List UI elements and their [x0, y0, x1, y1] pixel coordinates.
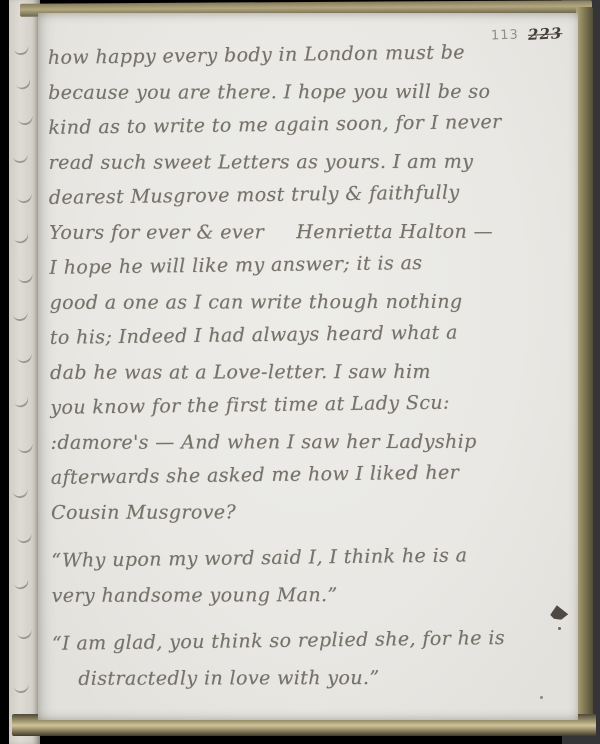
- gutter-writing-fragment: [17, 440, 34, 455]
- gutter-writing-fragment: [13, 42, 30, 57]
- facing-page-gutter-sliver: [9, 0, 40, 744]
- gutter-writing-fragments: [9, 0, 40, 744]
- manuscript-line: I hope he will like my answer; it is as: [49, 244, 571, 286]
- gutter-writing-fragment: [12, 485, 29, 499]
- gutter-writing-fragment: [14, 75, 32, 92]
- gutter-writing-fragment: [17, 112, 34, 127]
- manuscript-line: to his; Indeed I had always heard what a: [50, 314, 572, 356]
- gutter-writing-fragment: [16, 350, 33, 365]
- book-block-fore-edge: [576, 7, 593, 729]
- gutter-writing-fragment: [12, 576, 30, 592]
- photograph-of-manuscript: 113 223 how happy every body in London m…: [0, 0, 600, 744]
- manuscript-paragraph: how happy every body in London must bebe…: [48, 37, 573, 531]
- gutter-writing-fragment: [16, 530, 33, 545]
- gutter-writing-fragment: [16, 190, 33, 205]
- gutter-writing-fragment: [12, 393, 30, 409]
- ink-speck: [558, 627, 561, 630]
- manuscript-page: 113 223 how happy every body in London m…: [38, 13, 578, 720]
- gutter-writing-fragment: [13, 681, 30, 695]
- manuscript-paragraph: “Why upon my word said I, I think he is …: [51, 540, 573, 614]
- manuscript-line: “I am glad, you think so replied she, fo…: [52, 620, 574, 662]
- manuscript-line: kind as to write to me again soon, for I…: [48, 104, 570, 146]
- manuscript-line: how happy every body in London must be: [48, 34, 570, 76]
- manuscript-line: “Why upon my word said I, I think he is …: [51, 537, 573, 579]
- manuscript-text: how happy every body in London must bebe…: [48, 37, 575, 697]
- manuscript-paragraph: “I am glad, you think so replied she, fo…: [52, 623, 574, 697]
- ink-speck: [540, 696, 543, 699]
- manuscript-line: dearest Musgrove most truly & faithfully: [49, 174, 571, 216]
- manuscript-line: very handsome young Man.”: [52, 577, 574, 613]
- manuscript-line: Cousin Musgrove?: [51, 494, 573, 530]
- gutter-writing-fragment: [16, 626, 33, 641]
- manuscript-line: distractedly in love with you.”: [52, 660, 574, 696]
- manuscript-line: you know for the first time at Lady Scu:: [50, 384, 572, 426]
- gutter-writing-fragment: [12, 229, 30, 245]
- manuscript-line: afterwards she asked me how I liked her: [51, 454, 573, 496]
- gutter-writing-fragment: [17, 270, 34, 285]
- gutter-writing-fragment: [12, 151, 29, 164]
- gutter-writing-fragment: [12, 309, 29, 323]
